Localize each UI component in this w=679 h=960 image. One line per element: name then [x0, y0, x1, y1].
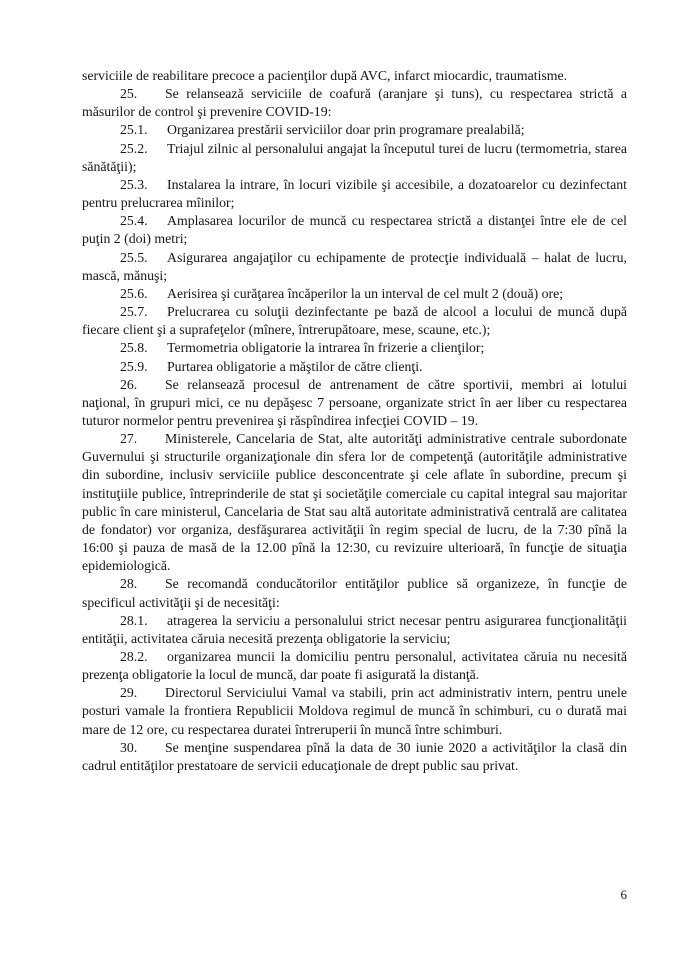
- item-25-9: 25.9.Purtarea obligatorie a măştilor de …: [82, 358, 627, 376]
- item-25-7: 25.7.Prelucrarea cu soluţii dezinfectant…: [82, 303, 627, 339]
- item-26: 26.Se relansează procesul de antrenament…: [82, 376, 627, 430]
- item-25-5: 25.5.Asigurarea angajaţilor cu echipamen…: [82, 249, 627, 285]
- item-number: 25.7.: [120, 303, 167, 321]
- item-28-1: 28.1.atragerea la serviciu a personalulu…: [82, 612, 627, 648]
- item-28-2: 28.2.organizarea muncii la domiciliu pen…: [82, 648, 627, 684]
- paragraph-text: serviciile de reabilitare precoce a paci…: [82, 68, 567, 83]
- item-number: 25.9.: [120, 358, 167, 376]
- item-text: Ministerele, Cancelaria de Stat, alte au…: [82, 431, 627, 573]
- item-number: 30.: [120, 739, 165, 757]
- item-25-8: 25.8.Termometria obligatorie la intrarea…: [82, 339, 627, 357]
- page-number: 6: [82, 887, 627, 903]
- item-number: 25.3.: [120, 176, 167, 194]
- item-number: 25.8.: [120, 339, 167, 357]
- item-number: 28.: [120, 575, 165, 593]
- document-body: serviciile de reabilitare precoce a paci…: [82, 67, 627, 775]
- paragraph-continuation: serviciile de reabilitare precoce a paci…: [82, 67, 627, 85]
- item-25-3: 25.3.Instalarea la intrare, în locuri vi…: [82, 176, 627, 212]
- item-number: 28.2.: [120, 648, 167, 666]
- item-text: Purtarea obligatorie a măştilor de către…: [167, 359, 423, 374]
- item-25: 25.Se relansează serviciile de coafură (…: [82, 85, 627, 121]
- item-number: 28.1.: [120, 612, 167, 630]
- item-25-4: 25.4.Amplasarea locurilor de muncă cu re…: [82, 212, 627, 248]
- item-number: 25.2.: [120, 140, 167, 158]
- document-page: serviciile de reabilitare precoce a paci…: [0, 0, 679, 960]
- item-27: 27.Ministerele, Cancelaria de Stat, alte…: [82, 430, 627, 575]
- item-number: 25.6.: [120, 285, 167, 303]
- item-25-2: 25.2.Triajul zilnic al personalului anga…: [82, 140, 627, 176]
- item-number: 25.: [120, 85, 165, 103]
- item-25-1: 25.1.Organizarea prestării serviciilor d…: [82, 121, 627, 139]
- item-25-6: 25.6.Aerisirea şi curăţarea încăperilor …: [82, 285, 627, 303]
- item-30: 30.Se menţine suspendarea pînă la data d…: [82, 739, 627, 775]
- item-text: Termometria obligatorie la intrarea în f…: [167, 340, 484, 355]
- item-29: 29.Directorul Serviciului Vamal va stabi…: [82, 684, 627, 738]
- item-text: Aerisirea şi curăţarea încăperilor la un…: [167, 286, 563, 301]
- item-28: 28.Se recomandă conducătorilor entităţil…: [82, 575, 627, 611]
- item-number: 25.1.: [120, 121, 167, 139]
- item-number: 26.: [120, 376, 165, 394]
- item-number: 29.: [120, 684, 165, 702]
- item-number: 25.5.: [120, 249, 167, 267]
- item-number: 25.4.: [120, 212, 167, 230]
- item-text: Organizarea prestării serviciilor doar p…: [167, 122, 525, 137]
- item-number: 27.: [120, 430, 165, 448]
